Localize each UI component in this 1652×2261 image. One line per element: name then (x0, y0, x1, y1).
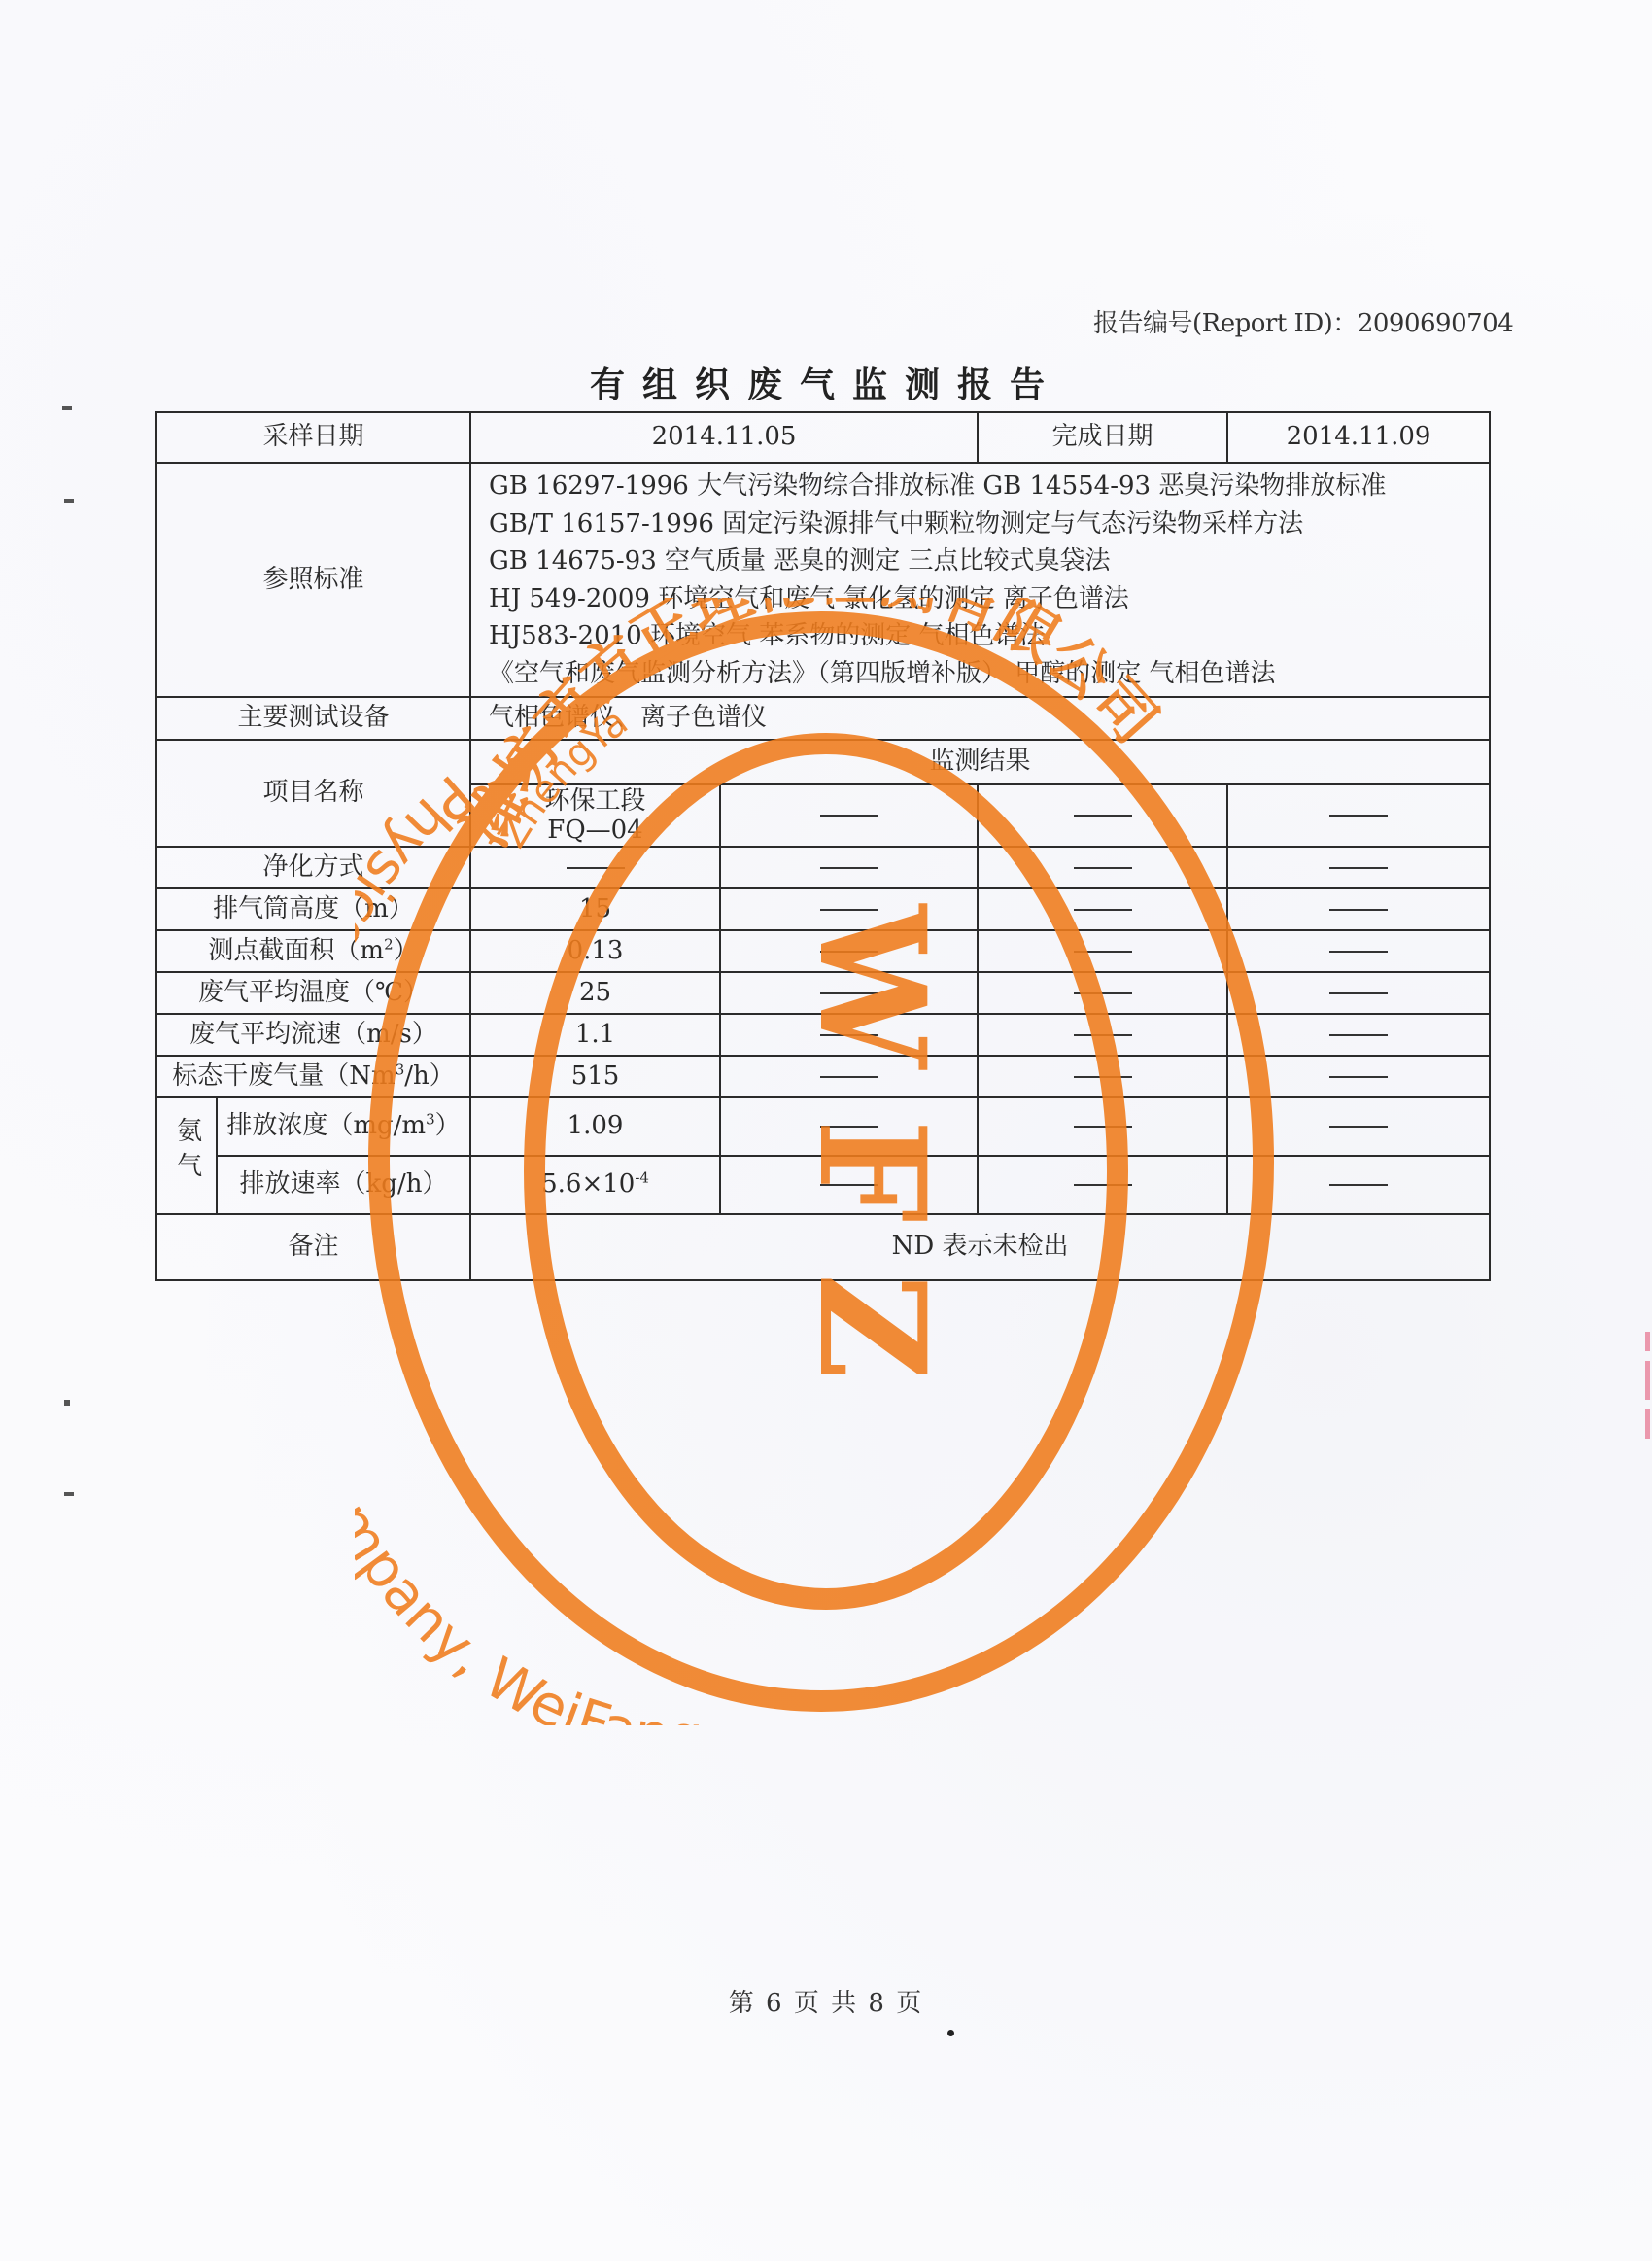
value-cell: 25 (470, 972, 720, 1014)
empty-value-dash (1329, 815, 1388, 817)
empty-value-dash (1329, 951, 1388, 953)
value-cell (978, 1014, 1227, 1056)
table-row: 净化方式 (156, 847, 1490, 888)
pollutant-name: 氨气 (156, 1097, 217, 1214)
results-header-row: 项目名称 监测结果 (156, 740, 1490, 784)
note-row: 备注 ND 表示未检出 (156, 1214, 1490, 1280)
parameter-unit: （m） (339, 894, 414, 923)
report-id-label: 报告编号(Report ID)： (1093, 309, 1358, 338)
parameter-cell: 排放速率（kg/h） (217, 1156, 470, 1214)
completion-date-value: 2014.11.09 (1227, 412, 1490, 463)
project-column-4 (1227, 784, 1490, 847)
table-row: 排气筒高度（m）15 (156, 888, 1490, 930)
empty-value-dash (1074, 992, 1132, 994)
value-cell (720, 888, 978, 930)
document-title: 有组织废气监测报告 (0, 358, 1652, 407)
empty-value-dash (820, 992, 878, 994)
value-cell (720, 1014, 978, 1056)
outlet-code: FQ—04 (471, 816, 719, 845)
empty-value-dash (567, 867, 625, 869)
table-row: 废气平均流速（m/s）1.1 (156, 1014, 1490, 1056)
standard-item: GB 14675-93 空气质量 恶臭的测定 三点比较式臭袋法 (489, 542, 1489, 580)
empty-value-dash (1074, 815, 1132, 817)
empty-value-dash (1074, 1076, 1132, 1078)
empty-value-dash (1329, 1076, 1388, 1078)
seam-stamp-mark (1645, 1332, 1650, 1351)
seam-stamp-mark (1645, 1409, 1650, 1439)
parameter-label: 废气平均温度 (198, 978, 350, 1007)
equipment-value: 气相色谱仪、离子色谱仪 (470, 697, 1490, 740)
parameter-unit: （kg/h） (341, 1169, 448, 1199)
value-cell (720, 930, 978, 972)
parameter-unit: （Nm3/h） (324, 1061, 454, 1091)
value-cell: 15 (470, 888, 720, 930)
value-cell: 5.6×10-4 (470, 1156, 720, 1214)
pollutant-row: 排放速率（kg/h）5.6×10-4 (156, 1156, 1490, 1214)
project-column-2 (720, 784, 978, 847)
parameter-cell: 排气筒高度（m） (156, 888, 470, 930)
binder-mark (64, 1400, 70, 1406)
standard-item: 《空气和废气监测分析方法》（第四版增补版） 甲醇的测定 气相色谱法 (489, 655, 1489, 693)
empty-value-dash (1074, 909, 1132, 911)
monitoring-report-table: 采样日期 2014.11.05 完成日期 2014.11.09 参照标准 GB … (155, 411, 1491, 1281)
empty-value-dash (1074, 1126, 1132, 1128)
value-cell: 1.09 (470, 1097, 720, 1156)
parameter-cell: 测点截面积（m2） (156, 930, 470, 972)
binder-mark (64, 1492, 74, 1496)
empty-value-dash (1074, 1034, 1132, 1036)
sampling-date-label: 采样日期 (156, 412, 470, 463)
parameter-unit: （m2） (334, 936, 418, 965)
value-cell (1227, 1156, 1490, 1214)
parameter-cell: 废气平均温度（℃） (156, 972, 470, 1014)
empty-value-dash (820, 815, 878, 817)
standards-list: GB 16297-1996 大气污染物综合排放标准 GB 14554-93 恶臭… (470, 463, 1490, 697)
empty-value-dash (820, 909, 878, 911)
project-column-3 (978, 784, 1227, 847)
parameter-unit: （mg/m3） (327, 1111, 460, 1140)
value-cell (1227, 888, 1490, 930)
standards-label: 参照标准 (156, 463, 470, 697)
binder-mark (64, 499, 74, 503)
parameter-label: 测点截面积 (208, 936, 334, 965)
parameter-cell: 废气平均流速（m/s） (156, 1014, 470, 1056)
parameter-label: 排放浓度 (226, 1111, 327, 1140)
standards-row: 参照标准 GB 16297-1996 大气污染物综合排放标准 GB 14554-… (156, 463, 1490, 697)
parameter-unit: （m/s） (341, 1020, 437, 1049)
empty-value-dash (1074, 951, 1132, 953)
empty-value-dash (820, 1126, 878, 1128)
report-id: 报告编号(Report ID)：2090690704 (1093, 303, 1513, 339)
value-cell: 515 (470, 1056, 720, 1097)
empty-value-dash (1329, 909, 1388, 911)
empty-value-dash (820, 1034, 878, 1036)
empty-value-dash (820, 1076, 878, 1078)
value-cell (1227, 930, 1490, 972)
value-cell (978, 847, 1227, 888)
parameter-label: 排放速率 (240, 1169, 341, 1199)
empty-value-dash (1074, 867, 1132, 869)
value-cell (1227, 972, 1490, 1014)
parameter-label: 排气筒高度 (213, 894, 339, 923)
results-label: 监测结果 (470, 740, 1490, 784)
parameter-cell: 标态干废气量（Nm3/h） (156, 1056, 470, 1097)
value-cell (978, 1156, 1227, 1214)
value-cell (978, 1097, 1227, 1156)
equipment-row: 主要测试设备 气相色谱仪、离子色谱仪 (156, 697, 1490, 740)
parameter-unit: （℃） (350, 978, 429, 1007)
report-id-value: 2090690704 (1358, 309, 1513, 338)
value-cell (978, 888, 1227, 930)
value-cell (720, 1156, 978, 1214)
value-cell (1227, 1097, 1490, 1156)
note-value: ND 表示未检出 (470, 1214, 1490, 1280)
project-column-1: 环保工段FQ—04 (470, 784, 720, 847)
value-cell (1227, 1056, 1490, 1097)
value-cell (470, 847, 720, 888)
standard-item: GB/T 16157-1996 固定污染源排气中颗粒物测定与气态污染物采样方法 (489, 505, 1489, 543)
value-cell: 0.13 (470, 930, 720, 972)
value-cell: 1.1 (470, 1014, 720, 1056)
parameter-label: 标态干废气量 (172, 1061, 324, 1091)
empty-value-dash (820, 867, 878, 869)
sampling-date-value: 2014.11.05 (470, 412, 978, 463)
value-cell (720, 847, 978, 888)
value-cell (978, 1056, 1227, 1097)
value-cell (720, 1097, 978, 1156)
table-row: 标态干废气量（Nm3/h）515 (156, 1056, 1490, 1097)
value-cell (978, 972, 1227, 1014)
empty-value-dash (1329, 867, 1388, 869)
page-number: 第 6 页 共 8 页 (0, 1983, 1652, 2019)
seam-stamp-mark (1645, 1361, 1650, 1400)
parameter-label: 废气平均流速 (189, 1020, 341, 1049)
completion-date-label: 完成日期 (978, 412, 1227, 463)
value-cell (1227, 847, 1490, 888)
date-row: 采样日期 2014.11.05 完成日期 2014.11.09 (156, 412, 1490, 463)
value-cell (1227, 1014, 1490, 1056)
pollutant-row: 氨气排放浓度（mg/m3）1.09 (156, 1097, 1490, 1156)
empty-value-dash (820, 1184, 878, 1186)
value-cell (720, 1056, 978, 1097)
parameter-cell: 净化方式 (156, 847, 470, 888)
binder-mark (62, 406, 72, 410)
empty-value-dash (1074, 1184, 1132, 1186)
parameter-cell: 排放浓度（mg/m3） (217, 1097, 470, 1156)
standard-item: HJ 549-2009 环境空气和废气 氯化氢的测定 离子色谱法 (489, 580, 1489, 618)
standard-item: GB 16297-1996 大气污染物综合排放标准 GB 14554-93 恶臭… (489, 468, 1489, 505)
table-row: 测点截面积（m2）0.13 (156, 930, 1490, 972)
empty-value-dash (1329, 992, 1388, 994)
empty-value-dash (1329, 1126, 1388, 1128)
value-cell (978, 930, 1227, 972)
ink-dot (947, 2030, 954, 2036)
empty-value-dash (1329, 1184, 1388, 1186)
project-name: 环保工段 (471, 786, 719, 816)
project-name-label: 项目名称 (156, 740, 470, 847)
empty-value-dash (820, 951, 878, 953)
table-row: 废气平均温度（℃）25 (156, 972, 1490, 1014)
empty-value-dash (1329, 1034, 1388, 1036)
equipment-label: 主要测试设备 (156, 697, 470, 740)
note-label: 备注 (156, 1214, 470, 1280)
value-cell (720, 972, 978, 1014)
standard-item: HJ583-2010 环境空气 苯系物的测定 气相色谱法 (489, 617, 1489, 655)
parameter-label: 净化方式 (263, 852, 364, 882)
